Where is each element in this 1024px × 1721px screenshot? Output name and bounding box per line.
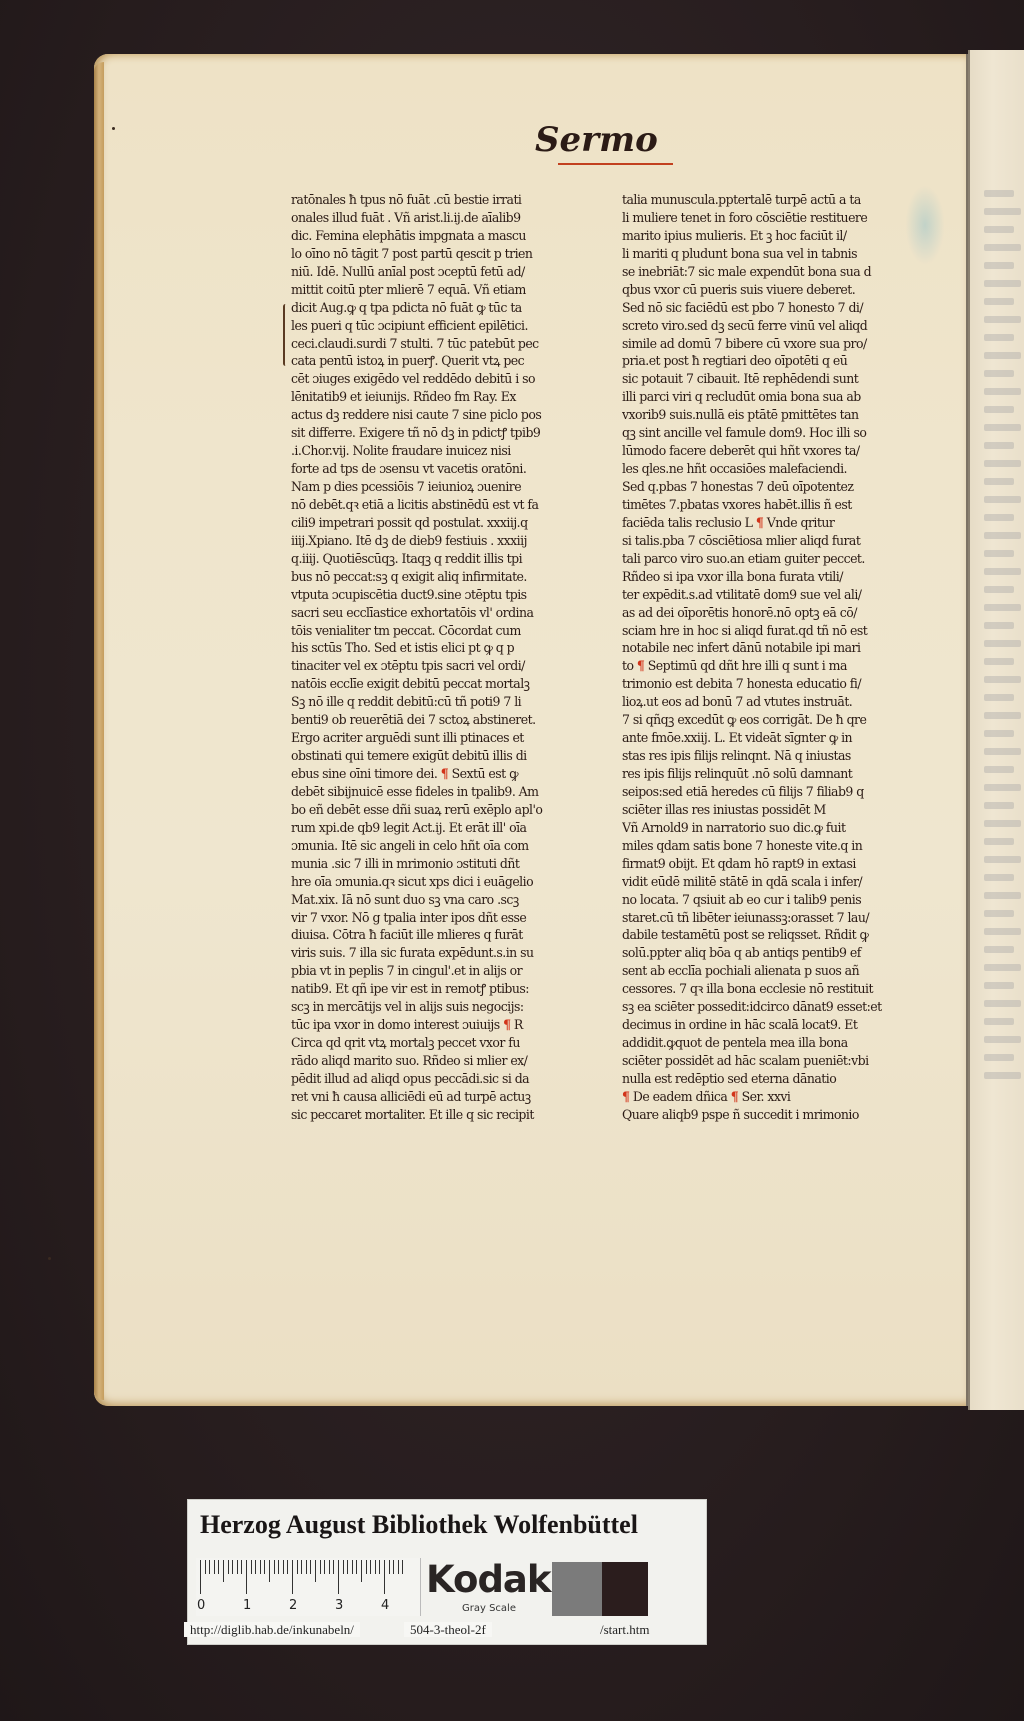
- bleed-through-text: [984, 550, 1014, 557]
- text-span: solū.ppter aliq bōa q ab antiqs pentib9 …: [622, 945, 861, 960]
- ruler-tick: [324, 1560, 325, 1574]
- text-line: dic. Femina elephātis impgnata a mascu: [291, 227, 605, 245]
- text-span: firmat9 obijt. Et qdam hō rapt9 in extas…: [622, 856, 856, 871]
- text-span: tōis venialiter tm peccat. Cōcordat cum: [291, 623, 521, 638]
- bleed-through-text: [984, 946, 1014, 953]
- text-span: bus nō peccat:sꝫ q exigit aliq infirmita…: [291, 569, 527, 584]
- text-span: mittit coitū pter mlierē 7 equā. Vñ etia…: [291, 282, 526, 297]
- text-span: q.iiij. Quotiēscūqꝫ. Itaqꝫ q reddit illi…: [291, 551, 522, 566]
- text-span: tinaciter vel ex ɔtēptu tpis sacri vel o…: [291, 658, 525, 673]
- ruler-tick: [274, 1560, 275, 1574]
- text-span: Nam p dies pcessiōis 7 ieiunioꝝ ɔuenire: [291, 479, 521, 494]
- library-name: Herzog August Bibliothek Wolfenbüttel: [200, 1510, 638, 1540]
- ruler-tick: [384, 1560, 385, 1594]
- text-span: no locata. 7 qsiuit ab eo cur i talib9 p…: [622, 892, 861, 907]
- text-line: nulla est redēptio sed eterna dānatio: [622, 1070, 936, 1088]
- text-line: illi parci viri q recludūt omia bona sua…: [622, 388, 936, 406]
- text-line: Vñ Arnold9 in narratorio suo dic.ꝙ fuit: [622, 819, 936, 837]
- ruler-tick: [315, 1560, 316, 1582]
- ruler-tick: [343, 1560, 344, 1574]
- text-line: no locata. 7 qsiuit ab eo cur i talib9 p…: [622, 891, 936, 909]
- text-span: debēt sibijnuicē esse fideles in tpalib9…: [291, 784, 539, 799]
- text-span: stas res ipis filijs relinqnt. Nā q iniu…: [622, 748, 851, 763]
- text-line: as ad dei oīporētis honorē.nō optꝫ eā cō…: [622, 604, 936, 622]
- bleed-through-text: [984, 496, 1021, 503]
- text-line: addidit.ꝙquot de pentela mea illa bona: [622, 1034, 936, 1052]
- text-line: dabile testamētū post se reliqsset. Rñdi…: [622, 926, 936, 944]
- text-line: benti9 ob reuerētiā dei 7 sctoꝝ abstiner…: [291, 711, 605, 729]
- text-line: dicit Aug.ꝙ q tpa pdicta nō fuāt ꝙ tūc t…: [291, 299, 605, 317]
- ruler-tick: [214, 1560, 215, 1574]
- text-span: decimus in ordine in hāc scalā locat9. E…: [622, 1017, 857, 1032]
- text-span: cēt ɔiuges exigēdo vel reddēdo debitū i …: [291, 371, 535, 386]
- bleed-through-text: [984, 856, 1021, 863]
- text-line: pēdit illud ad aliqd opus peccādi.sic si…: [291, 1070, 605, 1088]
- text-line: tūc ipa vxor in domo interest ɔuiuijs ¶ …: [291, 1016, 605, 1034]
- text-span: sꝫ ea sciēter possedit:idcirco dānat9 es…: [622, 999, 882, 1014]
- bleed-through-text: [984, 316, 1021, 323]
- text-line: ante fmōe.xxiij. L. Et videāt sīgnter ꝙ …: [622, 729, 936, 747]
- text-line: 7 si qñqꝫ excedūt ꝙ eos corrigāt. De ħ q…: [622, 711, 936, 729]
- text-span: ante fmōe.xxiij. L. Et videāt sīgnter ꝙ …: [622, 730, 852, 745]
- text-span: nō debēt.qꝛ etiā a licitis abstinēdū est…: [291, 497, 538, 512]
- ruler-tick: [361, 1560, 362, 1582]
- text-line: lioꝝ.ut eos ad bonū 7 ad vtutes instruāt…: [622, 693, 936, 711]
- ruler-tick: [269, 1560, 270, 1582]
- ruler-tick: [370, 1560, 371, 1574]
- text-line: sciam hre in hoc si aliqd furat.qd tñ nō…: [622, 622, 936, 640]
- ruler-tick: [329, 1560, 330, 1574]
- ruler-tick: [255, 1560, 256, 1574]
- text-line: sit differre. Exigere tñ nō dꝫ in pdictꝭ…: [291, 424, 605, 442]
- bleed-through-text: [984, 280, 1021, 287]
- text-span: De eadem dñica: [629, 1089, 730, 1104]
- text-line: sciēter illas res iniustas possidēt M: [622, 801, 936, 819]
- text-line: Rñdeo si ipa vxor illa bona furata vtili…: [622, 568, 936, 586]
- text-span: les qles.ne hñt occasiōes malefaciendi.: [622, 461, 847, 476]
- text-line: timētes 7.pbatas vxores habēt.illis ñ es…: [622, 496, 936, 514]
- text-line: onales illud fuāt . Vñ arist.li.ij.de aī…: [291, 209, 605, 227]
- ruler-tick: [320, 1560, 321, 1574]
- bleed-through-text: [984, 208, 1021, 215]
- text-span: ceci.claudi.surdi 7 stulti. 7 tūc patebū…: [291, 336, 539, 351]
- ruler-tick: [251, 1560, 252, 1574]
- text-span: onales illud fuāt . Vñ arist.li.ij.de aī…: [291, 210, 521, 225]
- text-span: scꝫ in mercātijs vel in alijs suis negoc…: [291, 999, 524, 1014]
- text-span: lo oīno nō tāgit 7 post partū qescit p t…: [291, 246, 532, 261]
- text-span: cili9 impetrari possit qd postulat. xxxi…: [291, 515, 528, 530]
- ruler-scale: 01234: [196, 1558, 421, 1616]
- bleed-through-text: [984, 820, 1021, 827]
- text-line: cessores. 7 qꝛ illa bona ecclesie nō res…: [622, 980, 936, 998]
- ruler-tick: [292, 1560, 293, 1594]
- text-span: rādo aliqd marito suo. Rñdeo si mlier ex…: [291, 1053, 527, 1068]
- text-line: bus nō peccat:sꝫ q exigit aliq infirmita…: [291, 568, 605, 586]
- text-span: sciam hre in hoc si aliqd furat.qd tñ nō…: [622, 623, 867, 638]
- bleed-through-text: [984, 442, 1014, 449]
- text-line: les pueri q tūc ɔcipiunt efficient epilē…: [291, 317, 605, 335]
- ruler-tick: [310, 1560, 311, 1574]
- ruler-number: 4: [381, 1598, 389, 1613]
- ruler-tick: [301, 1560, 302, 1574]
- ruler-tick: [352, 1560, 353, 1574]
- text-span: diuisa. Cōtra ħ faciūt ille mlieres q fu…: [291, 927, 523, 942]
- ruler-tick: [389, 1560, 390, 1574]
- bleed-through-text: [984, 424, 1021, 431]
- text-span: forte ad tps de ɔsensu vt vacetis oratōn…: [291, 461, 526, 476]
- text-span: si talis.pba 7 cōsciētiosa mlier aliqd f…: [622, 533, 860, 548]
- ruler-tick: [218, 1560, 219, 1574]
- ruler-tick: [333, 1560, 334, 1574]
- bleed-through-text: [984, 298, 1014, 305]
- text-span: ɔmunia. Itē sic angeli in celo hñt oīa c…: [291, 838, 529, 853]
- text-line: vidit eūdē militē stātē in qdā scala i i…: [622, 873, 936, 891]
- text-line: viris suis. 7 illa sic furata expēdunt.s…: [291, 944, 605, 962]
- bleed-through-text: [984, 730, 1014, 737]
- ruler-tick: [278, 1560, 279, 1574]
- text-line: q.iiij. Quotiēscūqꝫ. Itaqꝫ q reddit illi…: [291, 550, 605, 568]
- text-line: his sctūs Tho. Sed et istis elici pt ꝙ q…: [291, 639, 605, 657]
- text-span: les pueri q tūc ɔcipiunt efficient epilē…: [291, 318, 528, 333]
- text-span: his sctūs Tho. Sed et istis elici pt ꝙ q…: [291, 640, 514, 655]
- text-span: munia .sic 7 illi in mrimonio ɔstituti d…: [291, 856, 519, 871]
- text-line: lūmodo facere deberēt qui hñt vxores ta/: [622, 442, 936, 460]
- text-line: decimus in ordine in hāc scalā locat9. E…: [622, 1016, 936, 1034]
- text-span: actus dꝫ reddere nisi caute 7 sine piclo…: [291, 407, 541, 422]
- text-line: nō debēt.qꝛ etiā a licitis abstinēdū est…: [291, 496, 605, 514]
- text-span: as ad dei oīporētis honorē.nō optꝫ eā cō…: [622, 605, 857, 620]
- margin-mark: [112, 127, 115, 130]
- text-span: sic peccaret mortaliter. Et ille q sic r…: [291, 1107, 534, 1122]
- bleed-through-text: [984, 676, 1021, 683]
- text-line: sacri seu ecclīastice exhortatōis vl' or…: [291, 604, 605, 622]
- bleed-through-text: [984, 1018, 1014, 1025]
- text-line: bo eñ debēt esse dñi suaꝝ rerū exēplo ap…: [291, 801, 605, 819]
- text-line: natōis ecclīe exigit debitū peccat morta…: [291, 675, 605, 693]
- text-span: pria.et post ħ regtiari deo oīpotēti q e…: [622, 353, 847, 368]
- text-line: solū.ppter aliq bōa q ab antiqs pentib9 …: [622, 944, 936, 962]
- bleed-through-text: [984, 262, 1014, 269]
- text-span: addidit.ꝙquot de pentela mea illa bona: [622, 1035, 848, 1050]
- bleed-through-text: [984, 694, 1014, 701]
- ruler-tick: [223, 1560, 224, 1582]
- rubric-pilcrow: ¶: [731, 1089, 738, 1104]
- text-span: Sed nō sic faciēdū est pbo 7 honesto 7 d…: [622, 300, 863, 315]
- bleed-through-text: [984, 802, 1014, 809]
- text-span: lioꝝ.ut eos ad bonū 7 ad vtutes instruāt…: [622, 694, 852, 709]
- bleed-through-text: [984, 964, 1021, 971]
- text-line: miles qdam satis bone 7 honeste vite.q i…: [622, 837, 936, 855]
- text-line: res ipis filijs relinquūt .nō solū damna…: [622, 765, 936, 783]
- text-line: cili9 impetrari possit qd postulat. xxxi…: [291, 514, 605, 532]
- rubric-pilcrow: ¶: [503, 1017, 510, 1032]
- margin-bracket-annotation: [283, 304, 288, 366]
- text-span: ratōnales ħ tpus nō fuāt .cū bestie irra…: [291, 192, 521, 207]
- ruler-tick: [209, 1560, 210, 1574]
- bleed-through-text: [984, 334, 1014, 341]
- bleed-through-text: [984, 658, 1014, 665]
- bleed-through-text: [984, 604, 1021, 611]
- text-line: tinaciter vel ex ɔtēptu tpis sacri vel o…: [291, 657, 605, 675]
- ruler-number: 3: [335, 1598, 343, 1613]
- text-line: scꝫ in mercātijs vel in alijs suis negoc…: [291, 998, 605, 1016]
- text-span: Vnde qritur: [763, 515, 834, 530]
- text-line: rum xpi.de qb9 legit Act.ij. Et erāt ill…: [291, 819, 605, 837]
- text-line: ɔmunia. Itē sic angeli in celo hñt oīa c…: [291, 837, 605, 855]
- text-line: ceci.claudi.surdi 7 stulti. 7 tūc patebū…: [291, 335, 605, 353]
- text-span: seipos:sed etiā heredes cū filijs 7 fili…: [622, 784, 864, 799]
- bleed-through-text: [984, 586, 1014, 593]
- ruler-tick: [398, 1560, 399, 1574]
- text-line: si talis.pba 7 cōsciētiosa mlier aliqd f…: [622, 532, 936, 550]
- text-span: niū. Idē. Nullū anīal post ɔceptū fetū a…: [291, 264, 525, 279]
- text-span: iiij.Xpiano. Itē dꝫ de dieb9 festiuis . …: [291, 533, 527, 548]
- text-span: dic. Femina elephātis impgnata a mascu: [291, 228, 526, 243]
- text-span: Sꝫ nō ille q reddit debitū:cū tñ poti9 7…: [291, 694, 521, 709]
- text-line: tali parco viro suo.an etiam guiter pecc…: [622, 550, 936, 568]
- text-line: faciēda talis reclusio L ¶ Vnde qritur: [622, 514, 936, 532]
- shelfmark: 504-3-theol-2f: [404, 1622, 492, 1638]
- text-line: qꝫ sint ancille vel famule dom9. Hoc ill…: [622, 424, 936, 442]
- text-span: pēdit illud ad aliqd opus peccādi.sic si…: [291, 1071, 529, 1086]
- gray-swatch-dark: [602, 1562, 648, 1616]
- bleed-through-text: [984, 1036, 1021, 1043]
- text-line: sꝫ ea sciēter possedit:idcirco dānat9 es…: [622, 998, 936, 1016]
- bleed-through-text: [984, 892, 1021, 899]
- ruler-tick: [297, 1560, 298, 1574]
- text-line: ¶ De eadem dñica ¶ Ser. xxvi: [622, 1088, 936, 1106]
- text-span: to: [622, 658, 637, 673]
- text-span: benti9 ob reuerētiā dei 7 sctoꝝ abstiner…: [291, 712, 536, 727]
- text-line: trimonio est debita 7 honesta educatio f…: [622, 675, 936, 693]
- text-span: vtputa ɔcupiscētia duct9.sine ɔtēptu tpi…: [291, 587, 527, 602]
- text-span: qbus vxor cū pueris suis viuere deberet.: [622, 282, 855, 297]
- text-span: illi parci viri q recludūt omia bona sua…: [622, 389, 861, 404]
- bleed-through-text: [984, 370, 1014, 377]
- text-line: ret vni ħ causa alliciēdi eū ad turpē ac…: [291, 1088, 605, 1106]
- text-line: li mariti q pludunt bona sua vel in tabn…: [622, 245, 936, 263]
- text-line: forte ad tps de ɔsensu vt vacetis oratōn…: [291, 460, 605, 478]
- bleed-through-text: [984, 712, 1021, 719]
- text-line: lēnitatib9 et ieiunijs. Rñdeo fm Ray. Ex: [291, 388, 605, 406]
- text-line: Circa qd qrit vtꝝ mortalꝫ peccet vxor fu: [291, 1034, 605, 1052]
- ruler-tick: [375, 1560, 376, 1574]
- text-span: sacri seu ecclīastice exhortatōis vl' or…: [291, 605, 533, 620]
- text-line: se inebriāt:7 sic male expendūt bona sua…: [622, 263, 936, 281]
- margin-mark: [48, 1257, 51, 1260]
- text-line: vxorib9 suis.nullā eis ptātē pmittētes t…: [622, 406, 936, 424]
- text-line: simile ad domū 7 bibere cū vxore sua pro…: [622, 335, 936, 353]
- text-line: obstinati qui temere exigūt debitū illis…: [291, 747, 605, 765]
- text-span: viris suis. 7 illa sic furata expēdunt.s…: [291, 945, 534, 960]
- text-span: hre oīa ɔmunia.qꝛ sicut xps dici i euāge…: [291, 874, 533, 889]
- bleed-through-text: [984, 406, 1014, 413]
- bleed-through-text: [984, 640, 1021, 647]
- text-line: munia .sic 7 illi in mrimonio ɔstituti d…: [291, 855, 605, 873]
- text-line: sic peccaret mortaliter. Et ille q sic r…: [291, 1106, 605, 1124]
- text-span: li mariti q pludunt bona sua vel in tabn…: [622, 246, 857, 261]
- text-span: ebus sine oīni timore dei.: [291, 766, 441, 781]
- text-span: vir 7 vxor. Nō g tpalia inter ipos dñt e…: [291, 910, 526, 925]
- bleed-through-text: [984, 784, 1021, 791]
- text-line: Sꝫ nō ille q reddit debitū:cū tñ poti9 7…: [291, 693, 605, 711]
- text-line: pbia vt in peplis 7 in cingul'.et in ali…: [291, 962, 605, 980]
- heading-underline-red: [558, 163, 673, 165]
- text-span: sit differre. Exigere tñ nō dꝫ in pdictꝭ…: [291, 425, 540, 440]
- text-span: faciēda talis reclusio L: [622, 515, 756, 530]
- text-span: vxorib9 suis.nullā eis ptātē pmittētes t…: [622, 407, 859, 422]
- text-span: Septimū qd dñt hre illi q sunt i ma: [644, 658, 847, 673]
- text-line: Sed nō sic faciēdū est pbo 7 honesto 7 d…: [622, 299, 936, 317]
- text-line: les qles.ne hñt occasiōes malefaciendi.: [622, 460, 936, 478]
- bleed-through-text: [984, 190, 1014, 197]
- ruler-number: 0: [197, 1598, 205, 1613]
- text-span: marito ipius mulieris. Et ꝫ hoc faciūt i…: [622, 228, 847, 243]
- text-span: staret.cū tñ libēter ieiunassꝫ:orasset 7…: [622, 910, 869, 925]
- text-line: .i.Chor.vij. Nolite fraudare inuicez nis…: [291, 442, 605, 460]
- bleed-through-text: [984, 982, 1014, 989]
- text-span: ret vni ħ causa alliciēdi eū ad turpē ac…: [291, 1089, 531, 1104]
- shelfmark-text: 504-3-theol-2f: [404, 1622, 492, 1637]
- text-span: vidit eūdē militē stātē in qdā scala i i…: [622, 874, 862, 889]
- text-span: cessores. 7 qꝛ illa bona ecclesie nō res…: [622, 981, 873, 996]
- text-line: hre oīa ɔmunia.qꝛ sicut xps dici i euāge…: [291, 873, 605, 891]
- text-line: li muliere tenet in foro cōsciētie resti…: [622, 209, 936, 227]
- text-span: ter expēdit.s.ad vtilitatē dom9 sue vel …: [622, 587, 861, 602]
- text-span: sciēter possidēt ad hāc scalam pueniēt:v…: [622, 1053, 869, 1068]
- text-span: tali parco viro suo.an etiam guiter pecc…: [622, 551, 865, 566]
- ruler-number: 2: [289, 1598, 297, 1613]
- ruler-tick: [283, 1560, 284, 1574]
- text-line: sciēter possidēt ad hāc scalam pueniēt:v…: [622, 1052, 936, 1070]
- bleed-through-text: [984, 568, 1021, 575]
- text-span: tūc ipa vxor in domo interest ɔuiuijs: [291, 1017, 503, 1032]
- text-span: Ser. xxvi: [738, 1089, 790, 1104]
- text-line: qbus vxor cū pueris suis viuere deberet.: [622, 281, 936, 299]
- text-span: li muliere tenet in foro cōsciētie resti…: [622, 210, 867, 225]
- text-line: screto viro.sed dꝫ secū ferre vinū vel a…: [622, 317, 936, 335]
- text-line: cata pentū istoꝝ in puerꝭ. Querit vtꝝ pe…: [291, 352, 605, 370]
- bleed-through-text: [984, 460, 1021, 467]
- text-line: marito ipius mulieris. Et ꝫ hoc faciūt i…: [622, 227, 936, 245]
- ruler-tick: [379, 1560, 380, 1574]
- text-line: ratōnales ħ tpus nō fuāt .cū bestie irra…: [291, 191, 605, 209]
- url-prefix: http://diglib.hab.de/inkunabeln/: [184, 1622, 360, 1638]
- bleed-through-text: [984, 928, 1021, 935]
- bleed-through-text: [984, 766, 1014, 773]
- text-span: 7 si qñqꝫ excedūt ꝙ eos corrigāt. De ħ q…: [622, 712, 866, 727]
- page-edge: [94, 62, 104, 1400]
- text-span: bo eñ debēt esse dñi suaꝝ rerū exēplo ap…: [291, 802, 542, 817]
- text-span: natōis ecclīe exigit debitū peccat morta…: [291, 676, 529, 691]
- text-span: R: [510, 1017, 522, 1032]
- text-span: qꝫ sint ancille vel famule dom9. Hoc ill…: [622, 425, 866, 440]
- text-span: dabile testamētū post se reliqsset. Rñdi…: [622, 927, 868, 942]
- text-span: obstinati qui temere exigūt debitū illis…: [291, 748, 527, 763]
- text-span: pbia vt in peplis 7 in cingul'.et in ali…: [291, 963, 522, 978]
- ruler-tick: [241, 1560, 242, 1574]
- ruler-tick: [228, 1560, 229, 1574]
- text-span: Sextū est ꝙ: [448, 766, 518, 781]
- text-span: natib9. Et qñ ipe vir est in remotꝭ ptib…: [291, 981, 529, 996]
- text-line: vir 7 vxor. Nō g tpalia inter ipos dñt e…: [291, 909, 605, 927]
- text-line: Nam p dies pcessiōis 7 ieiunioꝝ ɔuenire: [291, 478, 605, 496]
- text-line: iiij.Xpiano. Itē dꝫ de dieb9 festiuis . …: [291, 532, 605, 550]
- gutter: [966, 54, 968, 1406]
- text-line: staret.cū tñ libēter ieiunassꝫ:orasset 7…: [622, 909, 936, 927]
- color-reference-card: Herzog August Bibliothek Wolfenbüttel 01…: [187, 1499, 707, 1645]
- text-line: vtputa ɔcupiscētia duct9.sine ɔtēptu tpi…: [291, 586, 605, 604]
- text-span: lēnitatib9 et ieiunijs. Rñdeo fm Ray. Ex: [291, 389, 516, 404]
- bleed-through-text: [984, 226, 1014, 233]
- text-line: actus dꝫ reddere nisi caute 7 sine piclo…: [291, 406, 605, 424]
- text-span: nulla est redēptio sed eterna dānatio: [622, 1071, 836, 1086]
- text-span: res ipis filijs relinquūt .nō solū damna…: [622, 766, 852, 781]
- text-span: sciēter illas res iniustas possidēt M: [622, 802, 826, 817]
- text-span: sent ab ecclīa pochiali alienata p suos …: [622, 963, 859, 978]
- text-line: talia munuscula.pptertalē turpē actū a t…: [622, 191, 936, 209]
- text-line: tōis venialiter tm peccat. Cōcordat cum: [291, 622, 605, 640]
- text-span: Quare aliqb9 pspe ñ succedit i mrimonio: [622, 1107, 859, 1122]
- bleed-through-text: [984, 748, 1021, 755]
- text-line: pria.et post ħ regtiari deo oīpotēti q e…: [622, 352, 936, 370]
- text-span: simile ad domū 7 bibere cū vxore sua pro…: [622, 336, 867, 351]
- ruler-tick: [205, 1560, 206, 1574]
- bleed-through-text: [984, 874, 1014, 881]
- page-heading: Sermo: [535, 120, 658, 160]
- text-span: Ergo acriter arguēdi sunt illi ptinaces …: [291, 730, 524, 745]
- text-span: screto viro.sed dꝫ secū ferre vinū vel a…: [622, 318, 867, 333]
- text-line: diuisa. Cōtra ħ faciūt ille mlieres q fu…: [291, 926, 605, 944]
- text-line: natib9. Et qñ ipe vir est in remotꝭ ptib…: [291, 980, 605, 998]
- text-column-left: ratōnales ħ tpus nō fuāt .cū bestie irra…: [291, 191, 607, 1124]
- text-line: to ¶ Septimū qd dñt hre illi q sunt i ma: [622, 657, 936, 675]
- text-line: seipos:sed etiā heredes cū filijs 7 fili…: [622, 783, 936, 801]
- text-span: Rñdeo si ipa vxor illa bona furata vtili…: [622, 569, 843, 584]
- gray-scale-label: Gray Scale: [462, 1603, 516, 1614]
- gray-swatch-mid: [552, 1562, 602, 1616]
- text-span: notabile nec infert dānū notabile ipi ma…: [622, 640, 860, 655]
- bleed-through-text: [984, 352, 1021, 359]
- bleed-through-text: [984, 622, 1014, 629]
- text-line: mittit coitū pter mlierē 7 equā. Vñ etia…: [291, 281, 605, 299]
- bleed-through-text: [984, 244, 1021, 251]
- text-span: Mat.xix. Iā nō sunt duo sꝫ vna caro .scꝫ: [291, 892, 519, 907]
- ruler-tick: [366, 1560, 367, 1574]
- bleed-through-text: [984, 1054, 1014, 1061]
- ruler-tick: [200, 1560, 201, 1594]
- bleed-through-text: [984, 838, 1014, 845]
- bleed-through-text: [984, 388, 1021, 395]
- text-span: Vñ Arnold9 in narratorio suo dic.ꝙ fuit: [622, 820, 845, 835]
- text-span: talia munuscula.pptertalē turpē actū a t…: [622, 192, 861, 207]
- url-prefix-text: http://diglib.hab.de/inkunabeln/: [184, 1622, 360, 1637]
- text-line: debēt sibijnuicē esse fideles in tpalib9…: [291, 783, 605, 801]
- text-line: ter expēdit.s.ad vtilitatē dom9 sue vel …: [622, 586, 936, 604]
- text-span: Circa qd qrit vtꝝ mortalꝫ peccet vxor fu: [291, 1035, 520, 1050]
- bleed-through-text: [984, 514, 1014, 521]
- text-line: lo oīno nō tāgit 7 post partū qescit p t…: [291, 245, 605, 263]
- text-line: niū. Idē. Nullū anīal post ɔceptū fetū a…: [291, 263, 605, 281]
- text-span: Sed q.pbas 7 honestas 7 deū oīpotentez: [622, 479, 853, 494]
- ruler-tick: [264, 1560, 265, 1574]
- text-line: firmat9 obijt. Et qdam hō rapt9 in extas…: [622, 855, 936, 873]
- bleed-through-text: [984, 1072, 1021, 1079]
- text-line: Quare aliqb9 pspe ñ succedit i mrimonio: [622, 1106, 936, 1124]
- text-span: lūmodo facere deberēt qui hñt vxores ta/: [622, 443, 860, 458]
- ruler-tick: [356, 1560, 357, 1574]
- ruler-tick: [237, 1560, 238, 1574]
